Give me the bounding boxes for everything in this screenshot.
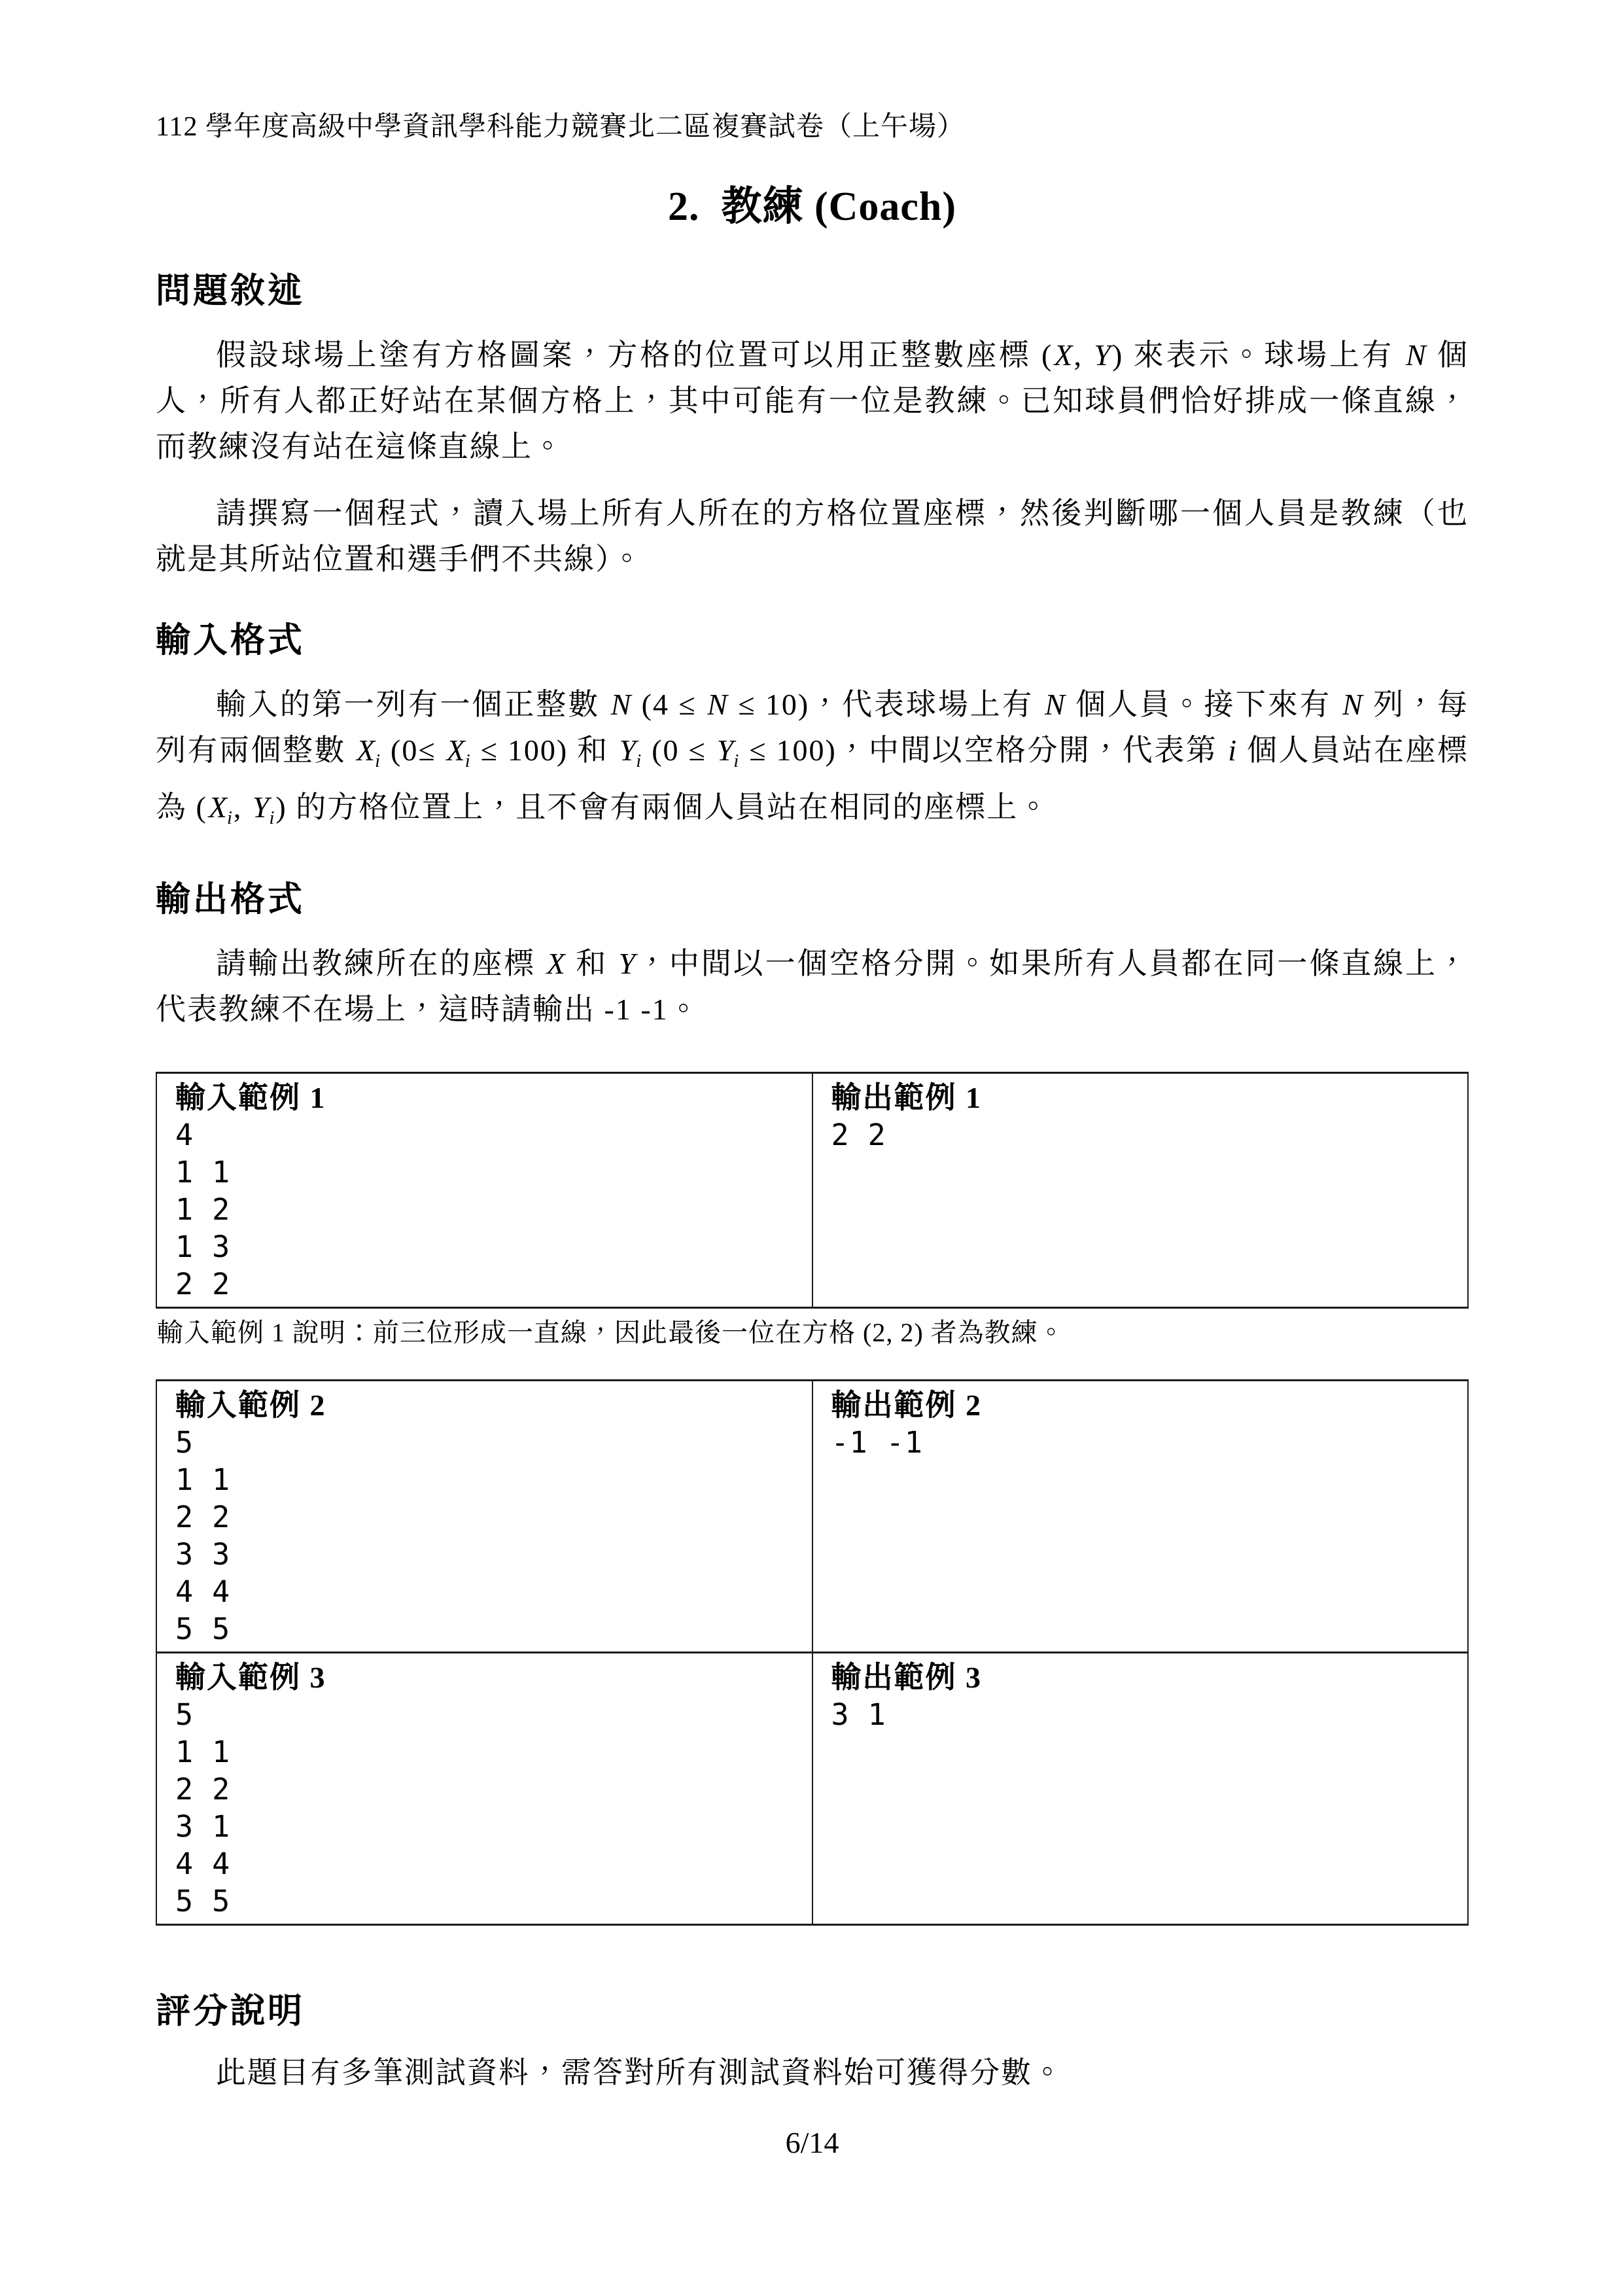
math-subscript: i xyxy=(465,751,470,771)
text-run: 輸入範例 1 說明：前三位形成一直線，因此最後一位在方格 (2, 2) 者為教練… xyxy=(157,1318,1065,1347)
section-output-format: 輸出格式 請輸出教練所在的座標 X 和 Y，中間以一個空格分開。如果所有人員都在… xyxy=(156,879,1469,1033)
math-subscript: i xyxy=(733,751,739,771)
math-variable: X xyxy=(546,947,567,980)
code-line: 5 xyxy=(175,1696,804,1733)
scoring-paragraph: 此題目有多筆測試資料，需答對所有測試資料始可獲得分數。 xyxy=(156,2050,1469,2096)
problem-title: 2. 教練 (Coach) xyxy=(156,181,1469,233)
code-line: 1 2 xyxy=(175,1191,804,1228)
section-heading-output-format: 輸出格式 xyxy=(156,879,1469,920)
text-run: 個人員。接下來有 xyxy=(1066,688,1341,721)
math-variable: N xyxy=(1043,688,1066,721)
math-variable: Y xyxy=(1092,338,1112,372)
text-run: 此題目有多筆測試資料，需答對所有測試資料始可獲得分數。 xyxy=(216,2056,1064,2089)
output-format-paragraph: 請輸出教練所在的座標 X 和 Y，中間以一個空格分開。如果所有人員都在同一條直線… xyxy=(156,941,1469,1033)
code-line: 4 4 xyxy=(175,1573,804,1610)
text-run: (0 ≤ xyxy=(642,733,716,767)
code-line: 3 1 xyxy=(831,1696,1460,1733)
math-subscript: i xyxy=(227,808,232,828)
math-variable: N xyxy=(706,688,729,721)
text-run: ) 來表示。球場上有 xyxy=(1112,338,1405,372)
text-run: 輸入的第一列有一個正整數 xyxy=(216,688,610,721)
code-line: 2 2 xyxy=(175,1265,804,1303)
example-2-output-cell: 輸出範例 2 -1 -1 xyxy=(812,1381,1469,1653)
code-line: 5 5 xyxy=(175,1882,804,1920)
code-line: 5 xyxy=(175,1424,804,1461)
section-scoring: 評分說明 此題目有多筆測試資料，需答對所有測試資料始可獲得分數。 xyxy=(156,1991,1469,2096)
example-2-output-label: 輸出範例 2 xyxy=(831,1386,1460,1424)
example-1-note: 輸入範例 1 說明：前三位形成一直線，因此最後一位在方格 (2, 2) 者為教練… xyxy=(157,1316,1469,1349)
page-header: 112 學年度高級中學資訊學科能力競賽北二區複賽試卷（上午場） xyxy=(156,111,1469,143)
example-1-input-lines: 41 11 21 32 2 xyxy=(175,1116,804,1303)
math-variable: Xi xyxy=(355,733,381,767)
math-subscript: i xyxy=(636,751,641,771)
example-2-input-label: 輸入範例 2 xyxy=(175,1386,804,1424)
code-line: -1 -1 xyxy=(831,1424,1460,1461)
example-1-output-label: 輸出範例 1 xyxy=(831,1079,1460,1116)
example-3-input-lines: 51 12 23 14 45 5 xyxy=(175,1696,804,1920)
code-line: 2 2 xyxy=(831,1116,1460,1154)
section-heading-input-format: 輸入格式 xyxy=(156,620,1469,661)
example-3-output-label: 輸出範例 3 xyxy=(831,1659,1460,1696)
math-subscript: i xyxy=(375,751,380,771)
example-table-2-3: 輸入範例 2 51 12 23 34 45 5 輸出範例 2 -1 -1 輸入範… xyxy=(156,1379,1469,1926)
math-variable: i xyxy=(1227,733,1238,767)
math-variable: Yi xyxy=(618,733,643,767)
text-run: 請輸出教練所在的座標 xyxy=(216,947,546,980)
math-variable: Yi xyxy=(716,733,741,767)
code-line: 2 2 xyxy=(175,1771,804,1808)
example-1-input-label: 輸入範例 1 xyxy=(175,1079,804,1116)
text-run: 請撰寫一個程式，讀入場上所有人所在的方格位置座標，然後判斷哪一個人員是教練（也就… xyxy=(156,497,1469,576)
text-run: (4 ≤ xyxy=(632,688,706,721)
example-table-1: 輸入範例 1 41 11 21 32 2 輸出範例 1 2 2 xyxy=(156,1072,1469,1309)
text-run: ≤ 100) 和 xyxy=(472,733,618,767)
math-variable: N xyxy=(610,688,633,721)
example-3-input-cell: 輸入範例 3 51 12 23 14 45 5 xyxy=(156,1653,812,1925)
example-2-input-lines: 51 12 23 34 45 5 xyxy=(175,1424,804,1648)
code-line: 5 5 xyxy=(175,1610,804,1648)
code-line: 1 3 xyxy=(175,1228,804,1265)
page-number: 6/14 xyxy=(156,2127,1469,2159)
math-subscript: i xyxy=(269,808,274,828)
math-variable: Xi xyxy=(445,733,472,767)
text-run: 和 xyxy=(567,947,618,980)
math-variable: N xyxy=(1405,338,1427,372)
code-line: 1 1 xyxy=(175,1154,804,1191)
code-line: 1 1 xyxy=(175,1733,804,1771)
example-3-input-label: 輸入範例 3 xyxy=(175,1659,804,1696)
math-variable: Yi xyxy=(251,790,276,824)
text-run: , xyxy=(1073,338,1092,372)
problem-paragraph-2: 請撰寫一個程式，讀入場上所有人所在的方格位置座標，然後判斷哪一個人員是教練（也就… xyxy=(156,491,1469,582)
example-1-input-cell: 輸入範例 1 41 11 21 32 2 xyxy=(156,1073,812,1308)
math-variable: N xyxy=(1341,688,1364,721)
text-run: 假設球場上塗有方格圖案，方格的位置可以用正整數座標 ( xyxy=(216,338,1053,372)
example-3-row: 輸入範例 3 51 12 23 14 45 5 輸出範例 3 3 1 xyxy=(156,1653,1468,1925)
text-run: (0≤ xyxy=(381,733,445,767)
input-format-paragraph: 輸入的第一列有一個正整數 N (4 ≤ N ≤ 10)，代表球場上有 N 個人員… xyxy=(156,682,1469,841)
section-heading-scoring: 評分說明 xyxy=(156,1991,1469,2032)
text-run: , xyxy=(234,790,251,824)
code-line: 3 1 xyxy=(175,1808,804,1845)
code-line: 4 4 xyxy=(175,1845,804,1882)
exam-page: 112 學年度高級中學資訊學科能力競賽北二區複賽試卷（上午場） 2. 教練 (C… xyxy=(0,0,1623,2296)
section-problem: 問題敘述 假設球場上塗有方格圖案，方格的位置可以用正整數座標 (X, Y) 來表… xyxy=(156,271,1469,582)
code-line: 2 2 xyxy=(175,1498,804,1536)
math-variable: Xi xyxy=(207,790,234,824)
example-2-input-cell: 輸入範例 2 51 12 23 34 45 5 xyxy=(156,1381,812,1653)
example-1-output-lines: 2 2 xyxy=(831,1116,1460,1154)
code-line: 1 1 xyxy=(175,1461,804,1498)
example-2-output-lines: -1 -1 xyxy=(831,1424,1460,1461)
example-2-row: 輸入範例 2 51 12 23 34 45 5 輸出範例 2 -1 -1 xyxy=(156,1381,1468,1653)
problem-paragraph-1: 假設球場上塗有方格圖案，方格的位置可以用正整數座標 (X, Y) 來表示。球場上… xyxy=(156,332,1469,470)
example-1-output-cell: 輸出範例 1 2 2 xyxy=(812,1073,1469,1308)
math-variable: Y xyxy=(618,947,637,980)
code-line: 4 xyxy=(175,1116,804,1154)
example-3-output-cell: 輸出範例 3 3 1 xyxy=(812,1653,1469,1925)
text-run: ≤ 100)，中間以空格分開，代表第 xyxy=(740,733,1227,767)
code-line: 3 3 xyxy=(175,1536,804,1573)
example-1-row: 輸入範例 1 41 11 21 32 2 輸出範例 1 2 2 xyxy=(156,1073,1468,1308)
example-3-output-lines: 3 1 xyxy=(831,1696,1460,1733)
math-variable: X xyxy=(1053,338,1073,372)
section-input-format: 輸入格式 輸入的第一列有一個正整數 N (4 ≤ N ≤ 10)，代表球場上有 … xyxy=(156,620,1469,841)
text-run: ≤ 10)，代表球場上有 xyxy=(729,688,1043,721)
section-heading-problem: 問題敘述 xyxy=(156,271,1469,311)
text-run: ) 的方格位置上，且不會有兩個人員站在相同的座標上。 xyxy=(275,790,1049,824)
